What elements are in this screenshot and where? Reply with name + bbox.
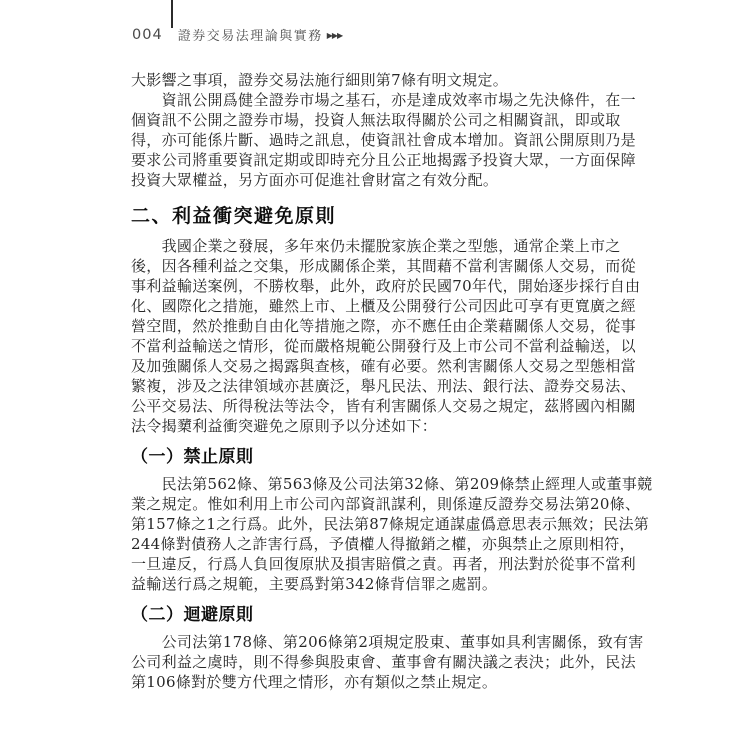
- text-line: 一旦違反，行爲人負回復原狀及損害賠償之責。再者，刑法對於從事不當利: [131, 554, 624, 574]
- text-line: 資訊公開爲健全證券市場之基石，亦是達成效率市場之先決條件，在一: [131, 90, 624, 110]
- subsection-1-paragraph: 民法第562條、第563條及公司法第32條、第209條禁止經理人或董事競業之規定…: [131, 474, 624, 594]
- section-paragraph: 我國企業之發展，多年來仍未擺脫家族企業之型態，通常企業上市之後，因各種利益之交集…: [131, 236, 624, 436]
- text-line: 公平交易法、所得稅法等法令，皆有利害關係人交易之規定，茲將國內相關: [131, 396, 624, 416]
- running-title: 證券交易法理論與實務: [178, 25, 323, 44]
- text-line: 244條對債務人之詐害行爲，予債權人得撤銷之權，亦與禁止之原則相符，: [131, 534, 624, 554]
- text-line: 公司法第178條、第206條第2項規定股東、董事如具利害關係，致有害: [131, 632, 624, 652]
- text-line: 投資大眾權益，另方面亦可促進社會財富之有效分配。: [131, 170, 624, 190]
- text-line: 要求公司將重要資訊定期或即時充分且公正地揭露予投資大眾，一方面保障: [131, 150, 624, 170]
- subsection-1-heading-prohibition: （一）禁止原則: [131, 446, 624, 468]
- text-line: 得，亦可能係片斷、過時之訊息，使資訊社會成本增加。資訊公開原則乃是: [131, 130, 624, 150]
- text-line: 繁複，涉及之法律領域亦甚廣泛，舉凡民法、刑法、銀行法、證券交易法、: [131, 376, 624, 396]
- text-line: 公司利益之虞時，則不得參與股東會、董事會有關決議之表決；此外，民法: [131, 652, 624, 672]
- triple-arrow-icon: ▶▶▶: [327, 31, 342, 40]
- text-line: 營空間，然於推動自由化等措施之際，亦不應任由企業藉關係人交易，從事: [131, 316, 624, 336]
- text-line: 及加強關係人交易之揭露與查核，確有必要。然利害關係人交易之型態相當: [131, 356, 624, 376]
- page-number: 004: [132, 27, 163, 43]
- text-line: 第106條對於雙方代理之情形，亦有類似之禁止規定。: [131, 672, 624, 692]
- text-line: 不當利益輸送之情形，從而嚴格規範公開發行及上市公司不當利益輸送，以: [131, 336, 624, 356]
- subsection-2-paragraph: 公司法第178條、第206條第2項規定股東、董事如具利害關係，致有害公司利益之虞…: [131, 632, 624, 692]
- text-line: 第157條之1之行爲。此外，民法第87條規定通謀虛僞意思表示無效；民法第: [131, 514, 624, 534]
- page-header: 004 證券交易法理論與實務 ▶▶▶: [132, 25, 342, 44]
- text-line: 個資訊不公開之證券市場，投資人無法取得關於公司之相關資訊，即或取: [131, 110, 624, 130]
- intro-paragraph: 大影響之事項，證券交易法施行細則第7條有明文規定。 資訊公開爲健全證券市場之基石…: [131, 70, 624, 190]
- text-line: 大影響之事項，證券交易法施行細則第7條有明文規定。: [131, 70, 624, 90]
- section-heading-conflict-avoidance: 二、利益衝突避免原則: [131, 204, 624, 228]
- text-line: 後，因各種利益之交集，形成關係企業，其間藉不當利害關係人交易，而從: [131, 256, 624, 276]
- crop-mark-line: [171, 0, 173, 28]
- text-line: 我國企業之發展，多年來仍未擺脫家族企業之型態，通常企業上市之: [131, 236, 624, 256]
- page-body: 大影響之事項，證券交易法施行細則第7條有明文規定。 資訊公開爲健全證券市場之基石…: [131, 70, 624, 692]
- text-line: 法令揭櫫利益衝突避免之原則予以分述如下：: [131, 416, 624, 436]
- text-line: 事利益輸送案例，不勝枚舉，此外，政府於民國70年代，開始逐步採行自由: [131, 276, 624, 296]
- text-line: 業之規定。惟如利用上市公司內部資訊謀利，則係違反證券交易法第20條、: [131, 494, 624, 514]
- text-line: 化、國際化之措施，雖然上市、上櫃及公開發行公司因此可享有更寬廣之經: [131, 296, 624, 316]
- text-line: 益輸送行爲之規範，主要爲對第342條背信罪之處罰。: [131, 574, 624, 594]
- subsection-2-heading-recusal: （二）迴避原則: [131, 604, 624, 626]
- text-line: 民法第562條、第563條及公司法第32條、第209條禁止經理人或董事競: [131, 474, 624, 494]
